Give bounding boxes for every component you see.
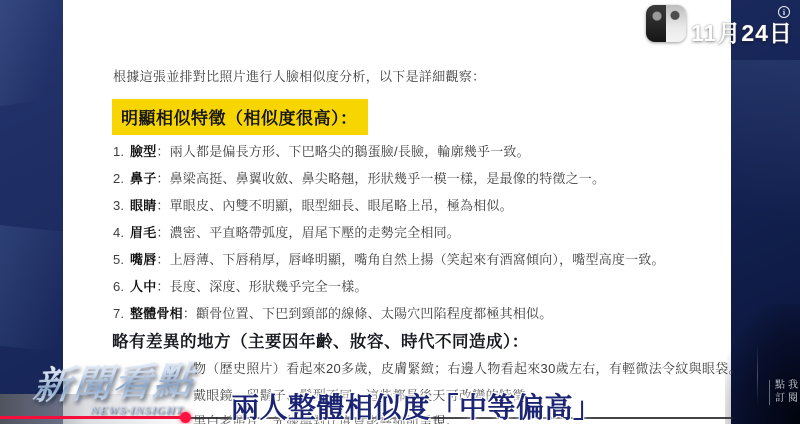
- channel-logo: 新聞看點 NEWS·INSIGHT: [34, 352, 212, 418]
- news-caption: 兩人整體相似度「中等偏高」: [231, 386, 602, 424]
- thumbnail-right-photo: [666, 5, 686, 42]
- video-thumbnail[interactable]: [646, 5, 686, 42]
- item-text: ：單眼皮、內雙不明顯，眼型細長、眼尾略上吊，極為相似。: [156, 198, 512, 213]
- intro-text: 根據這張並排對比照片進行人臉相似度分析，以下是詳細觀察：: [113, 66, 485, 85]
- item-number: 5.: [113, 252, 130, 267]
- item-text: ：長度、深度、形狀幾乎完全一樣。: [156, 279, 367, 294]
- item-text: ：兩人都是偏長方形、下巴略尖的鵝蛋臉/長臉，輪廓幾乎一致。: [156, 144, 529, 159]
- item-label: 鼻子: [130, 171, 156, 186]
- item-label: 臉型: [130, 144, 156, 159]
- similar-item-1: 1.臉型：兩人都是偏長方形、下巴略尖的鵝蛋臉/長臉，輪廓幾乎一致。: [113, 141, 530, 160]
- similar-item-4: 4.眉毛：濃密、平直略帶弧度，眉尾下壓的走勢完全相同。: [113, 222, 460, 241]
- subscribe-text-line2: 訂閱: [775, 393, 800, 406]
- item-label: 嘴唇: [130, 252, 156, 267]
- highlight-heading: 明顯相似特徵（相似度很高）：: [112, 99, 368, 135]
- diff-line-age: 物（歷史照片）看起來20多歲，皮膚緊緻；右邊人物看起來30歲左右，有輕微法令紋與…: [193, 358, 742, 377]
- similar-item-5: 5.嘴唇：上唇薄、下唇稍厚，唇峰明顯，嘴角自然上揚（笑起來有酒窩傾向），嘴型高度…: [113, 249, 665, 268]
- item-text: ：顴骨位置、下巴到頸部的線條、太陽穴凹陷程度都極其相似。: [183, 306, 553, 321]
- item-number: 2.: [113, 171, 130, 186]
- subscribe-text-line1: 點我: [775, 380, 800, 393]
- item-text: ：濃密、平直略帶弧度，眉尾下壓的走勢完全相同。: [156, 225, 460, 240]
- similar-item-6: 6.人中：長度、深度、形狀幾乎完全一樣。: [113, 276, 368, 295]
- item-number: 4.: [113, 225, 130, 240]
- diff-heading: 略有差異的地方（主要因年齡、妝容、時代不同造成）：: [112, 328, 529, 352]
- item-label: 眼睛: [130, 198, 156, 213]
- item-number: 6.: [113, 279, 130, 294]
- thumbnail-left-photo: [646, 5, 666, 42]
- divider-line: [757, 345, 758, 405]
- date-label: 11月24日: [691, 15, 793, 48]
- progress-handle[interactable]: [180, 412, 191, 423]
- similar-item-2: 2.鼻子：鼻梁高挺、鼻翼收斂、鼻尖略翹，形狀幾乎一模一樣，是最像的特徵之一。: [113, 168, 605, 187]
- item-label: 整體骨相: [130, 306, 183, 321]
- item-text: ：鼻梁高挺、鼻翼收斂、鼻尖略翹，形狀幾乎一模一樣，是最像的特徵之一。: [156, 171, 605, 186]
- similar-item-3: 3.眼睛：單眼皮、內雙不明顯，眼型細長、眼尾略上吊，極為相似。: [113, 195, 513, 214]
- item-number: 1.: [113, 144, 130, 159]
- info-icon[interactable]: i: [778, 6, 790, 18]
- item-label: 人中: [130, 279, 156, 294]
- item-text: ：上唇薄、下唇稍厚，唇峰明顯，嘴角自然上揚（笑起來有酒窩傾向），嘴型高度一致。: [156, 252, 664, 267]
- item-number: 3.: [113, 198, 130, 213]
- channel-logo-title: 新聞看點: [31, 349, 216, 410]
- item-number: 7.: [113, 306, 130, 321]
- video-frame: 根據這張並排對比照片進行人臉相似度分析，以下是詳細觀察： 明顯相似特徵（相似度很…: [0, 0, 800, 424]
- subscribe-button[interactable]: 點我 訂閱: [769, 380, 800, 405]
- background-light-streak: [725, 60, 800, 320]
- item-label: 眉毛: [130, 225, 156, 240]
- similar-item-7: 7.整體骨相：顴骨位置、下巴到頸部的線條、太陽穴凹陷程度都極其相似。: [113, 303, 552, 322]
